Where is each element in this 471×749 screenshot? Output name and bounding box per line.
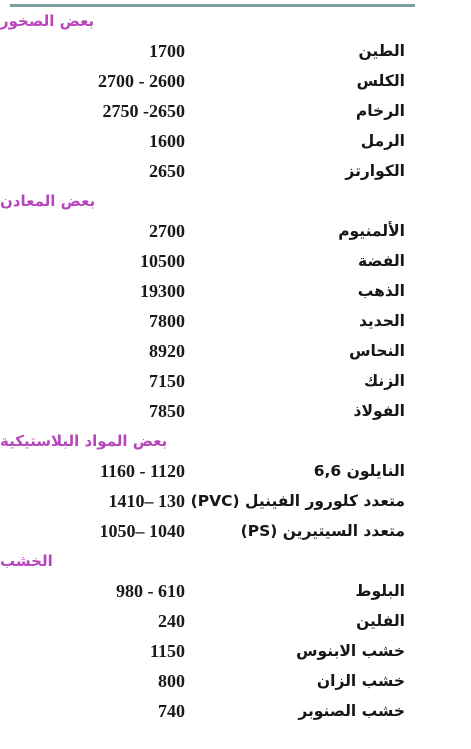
density-value: 1160 - 1120	[0, 461, 185, 482]
table-row: 10500الفضة	[0, 246, 471, 276]
material-label: الفلين	[185, 612, 471, 630]
density-value: 7800	[0, 311, 185, 332]
density-value: 1050– 1040	[0, 521, 185, 542]
section-header: الخشب	[0, 546, 471, 576]
table-row: 2700 - 2600الكلس	[0, 66, 471, 96]
density-value: 1600	[0, 131, 185, 152]
material-label: النايلون 6,6	[185, 462, 471, 480]
material-label: الكلس	[185, 72, 471, 90]
material-label: الفضة	[185, 252, 471, 270]
density-value: 240	[0, 611, 185, 632]
density-value: 2700	[0, 221, 185, 242]
material-label: الزنك	[185, 372, 471, 390]
table-row: 1050– 1040متعدد السيتيرين (PS)	[0, 516, 471, 546]
density-value: 10500	[0, 251, 185, 272]
material-label: الرخام	[185, 102, 471, 120]
density-value: 7150	[0, 371, 185, 392]
section-header: بعض المواد البلاستيكية	[0, 426, 471, 456]
table-row: 7850الفولاذ	[0, 396, 471, 426]
density-value: 800	[0, 671, 185, 692]
table-row: 1150خشب الابنوس	[0, 636, 471, 666]
density-table: بعض الصخور1700الطين2700 - 2600الكلس2750 …	[0, 6, 471, 726]
table-row: 1410– 130متعدد كلورور الفينيل (PVC)	[0, 486, 471, 516]
material-label: الرمل	[185, 132, 471, 150]
density-value: 1410– 130	[0, 491, 185, 512]
table-row: 8920النحاس	[0, 336, 471, 366]
density-value: 2650	[0, 161, 185, 182]
table-row: 19300الذهب	[0, 276, 471, 306]
section-header: بعض المعادن	[0, 186, 471, 216]
material-label: البلوط	[185, 582, 471, 600]
table-row: 980 - 610البلوط	[0, 576, 471, 606]
material-label: متعدد السيتيرين (PS)	[185, 522, 471, 540]
material-label: الطين	[185, 42, 471, 60]
material-label: الكوارتز	[185, 162, 471, 180]
table-row: 1600الرمل	[0, 126, 471, 156]
material-label: الفولاذ	[185, 402, 471, 420]
section-header: بعض الصخور	[0, 6, 471, 36]
density-value: 7850	[0, 401, 185, 422]
table-row: 7800الحديد	[0, 306, 471, 336]
material-label: الذهب	[185, 282, 471, 300]
material-label: خشب الزان	[185, 672, 471, 690]
density-value: 980 - 610	[0, 581, 185, 602]
material-label: الحديد	[185, 312, 471, 330]
table-row: 2700الألمنيوم	[0, 216, 471, 246]
table-row: 7150الزنك	[0, 366, 471, 396]
material-label: خشب الصنوبر	[185, 702, 471, 720]
table-row: 2650الكوارتز	[0, 156, 471, 186]
density-value: 19300	[0, 281, 185, 302]
table-row: 1160 - 1120النايلون 6,6	[0, 456, 471, 486]
table-row: 1700الطين	[0, 36, 471, 66]
material-label: خشب الابنوس	[185, 642, 471, 660]
scanned-density-page: بعض الصخور1700الطين2700 - 2600الكلس2750 …	[0, 0, 471, 749]
density-value: 2700 - 2600	[0, 71, 185, 92]
table-row: 800خشب الزان	[0, 666, 471, 696]
density-value: 1700	[0, 41, 185, 62]
table-row: 2750 -2650الرخام	[0, 96, 471, 126]
table-row: 740خشب الصنوبر	[0, 696, 471, 726]
density-value: 1150	[0, 641, 185, 662]
density-value: 8920	[0, 341, 185, 362]
density-value: 2750 -2650	[0, 101, 185, 122]
table-row: 240الفلين	[0, 606, 471, 636]
density-value: 740	[0, 701, 185, 722]
material-label: الألمنيوم	[185, 222, 471, 240]
material-label: متعدد كلورور الفينيل (PVC)	[185, 492, 471, 510]
material-label: النحاس	[185, 342, 471, 360]
